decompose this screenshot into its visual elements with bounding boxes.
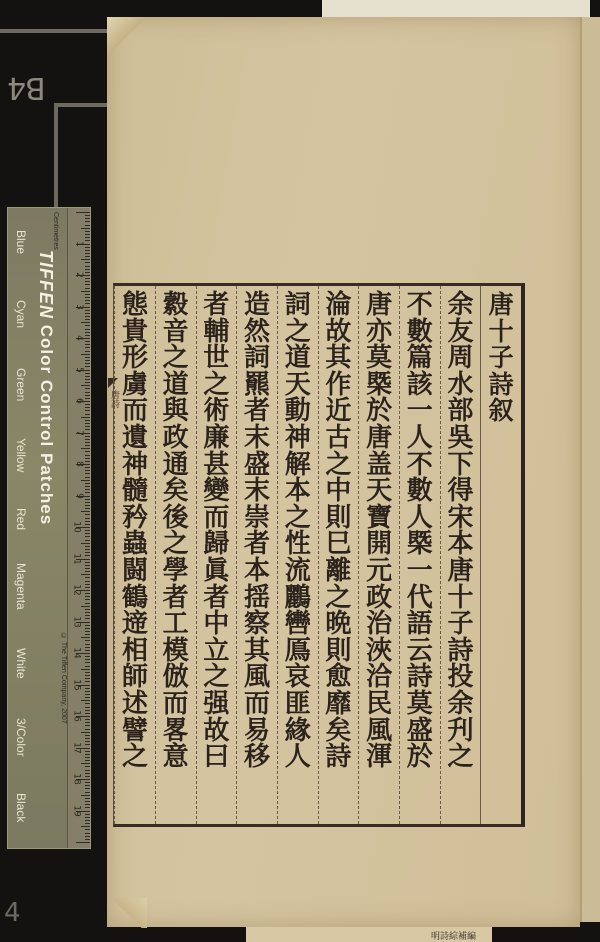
scale-tick	[81, 448, 90, 449]
scale-tick	[85, 666, 90, 667]
scale-tick	[85, 820, 90, 821]
glyph: 鶴	[122, 585, 148, 612]
scale-tick	[85, 388, 90, 389]
scale-number: 13	[71, 616, 81, 627]
scale-tick	[85, 707, 90, 708]
glyph: 流	[285, 558, 311, 585]
scale-tick	[85, 423, 90, 424]
scale-tick	[85, 360, 90, 361]
glyph: 風	[366, 718, 392, 745]
scale-tick	[85, 266, 90, 267]
glyph: 揺	[244, 585, 270, 612]
scale-tick	[85, 288, 90, 289]
glyph: 中	[203, 611, 229, 638]
glyph: 刋	[447, 718, 473, 745]
scale-tick	[81, 291, 90, 292]
glyph: 移	[244, 744, 270, 771]
glyph: 數	[407, 478, 433, 505]
text-column: 不數篇該一人不數人槩一代語云詩莫盛於	[399, 286, 440, 824]
scale-tick	[85, 603, 90, 604]
patch-white: White	[14, 648, 28, 679]
glyph: 矣	[325, 718, 351, 745]
glyph: 風	[244, 664, 270, 691]
scale-tick	[85, 376, 90, 377]
glyph: 晩	[325, 611, 351, 638]
scale-tick	[85, 518, 90, 519]
glyph: 本	[447, 531, 473, 558]
page-corner-bottom	[107, 898, 147, 928]
copyright-text: © The Tiffen Company, 2007	[60, 633, 67, 724]
scale-tick	[85, 839, 90, 840]
glyph: 盛	[244, 452, 270, 479]
scale-tick	[85, 562, 90, 563]
scale-tick	[85, 319, 90, 320]
glyph: 愈	[325, 664, 351, 691]
glyph: 之	[325, 452, 351, 479]
glyph: 離	[325, 558, 351, 585]
glyph: 模	[163, 638, 189, 665]
scale-tick	[85, 269, 90, 270]
scale-tick	[85, 581, 90, 582]
glyph: 古	[325, 425, 351, 452]
glyph: 動	[285, 398, 311, 425]
scale-tick	[85, 467, 90, 468]
scale-tick	[85, 536, 90, 537]
scale-tick	[85, 524, 90, 525]
glyph: 倣	[163, 664, 189, 691]
text-columns: 唐十子詩叙 余友周水部吳下得宋本唐十子詩投余刋之 不數篇該一人不數人槩一代語云詩…	[114, 286, 521, 824]
scale-tick	[85, 798, 90, 799]
scale-tick	[85, 703, 90, 704]
scale-tick	[85, 426, 90, 427]
glyph: 治	[366, 611, 392, 638]
scale-tick	[81, 511, 90, 512]
scale-tick	[81, 385, 90, 386]
glyph: 周	[447, 345, 473, 372]
scale-tick	[85, 587, 90, 588]
glyph: 性	[285, 531, 311, 558]
scale-tick	[81, 574, 90, 575]
brand-logo: TIFFEN Color Control Patches	[35, 250, 56, 525]
glyph: 於	[407, 744, 433, 771]
scale-tick	[85, 656, 90, 657]
glyph: 子	[489, 345, 514, 372]
glyph: 本	[285, 478, 311, 505]
glyph: 鳫	[285, 638, 311, 665]
glyph: 寶	[366, 505, 392, 532]
glyph: 唐	[447, 558, 473, 585]
scale-number: 11	[71, 553, 81, 564]
scale-tick	[85, 329, 90, 330]
glyph: 不	[407, 452, 433, 479]
scale-tick	[85, 599, 90, 600]
scale-tick	[85, 829, 90, 830]
scale-tick	[85, 675, 90, 676]
scale-tick	[85, 681, 90, 682]
glyph: 易	[244, 718, 270, 745]
scale-number: 19	[71, 805, 81, 816]
scale-tick	[85, 735, 90, 736]
glyph: 詩	[447, 638, 473, 665]
scale-tick	[85, 552, 90, 553]
scale-tick	[81, 228, 90, 229]
scale-tick	[85, 335, 90, 336]
scale-tick	[85, 788, 90, 789]
glyph: 之	[325, 585, 351, 612]
scale-tick	[85, 392, 90, 393]
scale-tick	[85, 725, 90, 726]
glyph: 闘	[122, 558, 148, 585]
scale-tick	[85, 833, 90, 834]
glyph: 之	[203, 372, 229, 399]
glyph: 本	[244, 558, 270, 585]
scale-tick	[85, 505, 90, 506]
scale-tick	[85, 247, 90, 248]
glyph: 解	[285, 452, 311, 479]
scale-tick	[85, 631, 90, 632]
glyph: 盛	[407, 718, 433, 745]
scale-tick	[85, 729, 90, 730]
glyph: 得	[447, 478, 473, 505]
glyph: 之	[447, 744, 473, 771]
patch-yellow: Yellow	[14, 438, 28, 472]
scale-tick	[85, 221, 90, 222]
scale-tick	[85, 398, 90, 399]
scale-tick	[85, 347, 90, 348]
patch-magenta: Magenta	[14, 563, 28, 610]
scale-tick	[85, 596, 90, 597]
glyph: 神	[122, 452, 148, 479]
scale-number: 3	[74, 304, 84, 310]
scale-tick	[85, 366, 90, 367]
glyph: 天	[285, 372, 311, 399]
glyph: 道	[285, 345, 311, 372]
scale-tick	[85, 514, 90, 515]
scale-tick	[85, 640, 90, 641]
glyph: 作	[325, 372, 351, 399]
scale-tick	[85, 332, 90, 333]
scale-tick	[85, 451, 90, 452]
scale-tick	[85, 792, 90, 793]
scale-tick	[85, 262, 90, 263]
glyph: 其	[244, 638, 270, 665]
glyph: 於	[366, 398, 392, 425]
glyph: 故	[325, 319, 351, 346]
product-name: Color Control Patches	[37, 325, 56, 525]
text-column: 造然詞羆者末盛末崇者本揺察其風而易移	[236, 286, 277, 824]
glyph: 則	[325, 638, 351, 665]
scale-tick	[85, 231, 90, 232]
scale-tick	[81, 480, 90, 481]
scale-tick	[85, 470, 90, 471]
glyph: 意	[163, 744, 189, 771]
glyph: 則	[325, 505, 351, 532]
scale-tick	[85, 325, 90, 326]
scale-tick	[81, 543, 90, 544]
scale-tick	[85, 801, 90, 802]
scale-tick	[85, 310, 90, 311]
text-column: 唐亦莫槩於唐盖天寶開元政治浹洽民風渾	[358, 286, 399, 824]
text-column: 淪故其作近古之中則巳離之晩則愈靡矣詩	[318, 286, 359, 824]
scale-tick	[85, 373, 90, 374]
scale-tick	[85, 477, 90, 478]
glyph: 政	[163, 425, 189, 452]
glyph: 末	[244, 478, 270, 505]
glyph: 貴	[122, 319, 148, 346]
glyph: 之	[163, 531, 189, 558]
scale-tick	[85, 256, 90, 257]
scale-label: Centimetres	[52, 212, 59, 250]
glyph: 盖	[366, 452, 392, 479]
glyph: 吳	[447, 425, 473, 452]
glyph: 廉	[203, 425, 229, 452]
glyph: 一	[407, 558, 433, 585]
scale-tick	[85, 565, 90, 566]
scale-tick	[85, 272, 90, 273]
glyph: 哀	[285, 664, 311, 691]
scale-tick	[85, 278, 90, 279]
scale-tick	[85, 303, 90, 304]
glyph: 通	[163, 452, 189, 479]
glyph: 唐	[366, 292, 392, 319]
scale-tick	[85, 429, 90, 430]
scale-tick	[85, 751, 90, 752]
patch-black: Black	[14, 793, 28, 822]
scale-tick	[85, 439, 90, 440]
scale-tick	[85, 442, 90, 443]
mat-mark-4: 4	[4, 898, 21, 928]
scale-tick	[85, 628, 90, 629]
scale-tick	[85, 804, 90, 805]
glyph: 匪	[285, 691, 311, 718]
scale-tick	[85, 344, 90, 345]
scale-tick	[85, 618, 90, 619]
glyph: 之	[285, 505, 311, 532]
scale-tick	[85, 785, 90, 786]
glyph: 述	[122, 691, 148, 718]
scale-tick	[85, 672, 90, 673]
scale-tick	[81, 669, 90, 670]
glyph: 而	[203, 505, 229, 532]
glyph: 余	[447, 691, 473, 718]
scale-tick	[85, 414, 90, 415]
glyph: 水	[447, 372, 473, 399]
scale-tick	[85, 530, 90, 531]
scale-tick	[85, 473, 90, 474]
glyph: 强	[203, 691, 229, 718]
scale-tick	[85, 817, 90, 818]
scale-tick	[85, 486, 90, 487]
scale-tick	[85, 776, 90, 777]
glyph: 造	[244, 292, 270, 319]
scale-tick	[85, 313, 90, 314]
scale-number: 12	[71, 584, 81, 595]
scale-tick	[85, 489, 90, 490]
scale-tick	[85, 754, 90, 755]
scale-tick	[85, 738, 90, 739]
title-column: 唐十子詩叙	[480, 286, 521, 824]
mat-frame-line	[0, 29, 108, 33]
scale-tick	[81, 700, 90, 701]
glyph: 師	[122, 664, 148, 691]
glyph: 蟲	[122, 531, 148, 558]
glyph: 之	[163, 345, 189, 372]
scale-tick	[81, 322, 90, 323]
glyph: 崇	[244, 505, 270, 532]
scale-tick	[85, 215, 90, 216]
scale-number: 14	[71, 647, 81, 658]
scale-tick	[85, 483, 90, 484]
scale-tick	[85, 379, 90, 380]
glyph: 靡	[325, 691, 351, 718]
glyph: 部	[447, 398, 473, 425]
scale-tick	[85, 253, 90, 254]
glyph: 槩	[366, 372, 392, 399]
glyph: 矣	[163, 478, 189, 505]
scale-tick	[85, 521, 90, 522]
scale-tick	[85, 697, 90, 698]
scale-tick	[85, 615, 90, 616]
scale-tick	[85, 766, 90, 767]
scale-tick	[85, 294, 90, 295]
glyph: 其	[325, 345, 351, 372]
glyph: 變	[203, 478, 229, 505]
scale-tick	[85, 357, 90, 358]
text-column: 余友周水部吳下得宋本唐十子詩投余刋之	[440, 286, 481, 824]
patch-cyan: Cyan	[14, 300, 28, 328]
glyph: 形	[122, 345, 148, 372]
glyph: 叙	[489, 398, 514, 425]
glyph: 宋	[447, 505, 473, 532]
scale-tick	[85, 625, 90, 626]
scale-tick	[85, 549, 90, 550]
patch-3color: 3/Color	[14, 718, 28, 757]
scale-tick	[85, 281, 90, 282]
scale-tick	[85, 722, 90, 723]
glyph: 投	[447, 664, 473, 691]
glyph: 槩	[407, 531, 433, 558]
glyph: 莫	[407, 691, 433, 718]
glyph: 與	[163, 398, 189, 425]
scale-tick	[85, 316, 90, 317]
glyph: 詩	[325, 744, 351, 771]
glyph: 者	[163, 585, 189, 612]
scale-tick	[85, 284, 90, 285]
glyph: 一	[407, 398, 433, 425]
text-column: 縠音之道與政通矣後之學者工模倣而畧意	[155, 286, 196, 824]
scale-tick	[85, 757, 90, 758]
glyph: 政	[366, 585, 392, 612]
glyph: 羆	[244, 372, 270, 399]
glyph: 余	[447, 292, 473, 319]
scale-tick	[85, 555, 90, 556]
glyph: 歸	[203, 531, 229, 558]
scale-tick	[85, 741, 90, 742]
scale-tick	[85, 662, 90, 663]
scale-tick	[85, 634, 90, 635]
scale-tick	[85, 644, 90, 645]
scale-tick	[85, 744, 90, 745]
text-column: 詞之道天動神解本之性流鸝轡鳫哀匪緣人	[277, 286, 318, 824]
glyph: 人	[407, 425, 433, 452]
scale-tick	[85, 341, 90, 342]
glyph: 下	[447, 452, 473, 479]
scale-tick	[85, 650, 90, 651]
scale-tick	[85, 571, 90, 572]
glyph: 之	[122, 744, 148, 771]
mat-mark-b4: B4	[8, 70, 46, 105]
glyph: 後	[163, 505, 189, 532]
glyph: 元	[366, 558, 392, 585]
glyph: 道	[163, 372, 189, 399]
scale-tick	[85, 546, 90, 547]
scale-tick	[81, 795, 90, 796]
glyph: 詩	[489, 372, 514, 399]
scale-tick	[85, 694, 90, 695]
glyph: 而	[122, 398, 148, 425]
glyph: 數	[407, 319, 433, 346]
glyph: 友	[447, 319, 473, 346]
scale-number: 6	[74, 398, 84, 404]
scale-tick	[85, 420, 90, 421]
glyph: 近	[325, 398, 351, 425]
scale-tick	[85, 678, 90, 679]
scale-number: 18	[71, 773, 81, 784]
scale-tick	[85, 540, 90, 541]
glyph: 唐	[366, 425, 392, 452]
glyph: 曰	[203, 744, 229, 771]
glyph: 人	[285, 744, 311, 771]
glyph: 譬	[122, 718, 148, 745]
scale-tick	[85, 492, 90, 493]
scale-tick	[81, 417, 90, 418]
glyph: 故	[203, 718, 229, 745]
scale-tick	[85, 410, 90, 411]
glyph: 詩	[407, 664, 433, 691]
glyph: 察	[244, 611, 270, 638]
patch-green: Green	[14, 368, 28, 401]
scale-tick	[85, 533, 90, 534]
scale-number: 7	[74, 430, 84, 436]
scale-tick	[85, 218, 90, 219]
scale-tick	[85, 814, 90, 815]
scale-number: 10	[71, 521, 81, 532]
scale-number: 15	[71, 679, 81, 690]
scale-number: 8	[74, 461, 84, 467]
scale-tick	[85, 237, 90, 238]
glyph: 十	[489, 319, 514, 346]
scale-tick	[85, 612, 90, 613]
scale-tick	[81, 732, 90, 733]
glyph: 天	[366, 478, 392, 505]
scale-tick	[85, 395, 90, 396]
scale-tick	[81, 637, 90, 638]
brand-name: TIFFEN	[36, 250, 56, 319]
glyph: 轡	[285, 611, 311, 638]
scale-tick	[85, 823, 90, 824]
glyph: 代	[407, 585, 433, 612]
scale-tick	[85, 445, 90, 446]
glyph: 學	[163, 558, 189, 585]
glyph: 不	[407, 292, 433, 319]
scale-tick	[85, 407, 90, 408]
glyph: 云	[407, 638, 433, 665]
glyph: 末	[244, 425, 270, 452]
scale-tick	[85, 710, 90, 711]
underlying-page: 明詩綜補編	[246, 927, 492, 942]
glyph: 詞	[285, 292, 311, 319]
glyph: 而	[163, 691, 189, 718]
